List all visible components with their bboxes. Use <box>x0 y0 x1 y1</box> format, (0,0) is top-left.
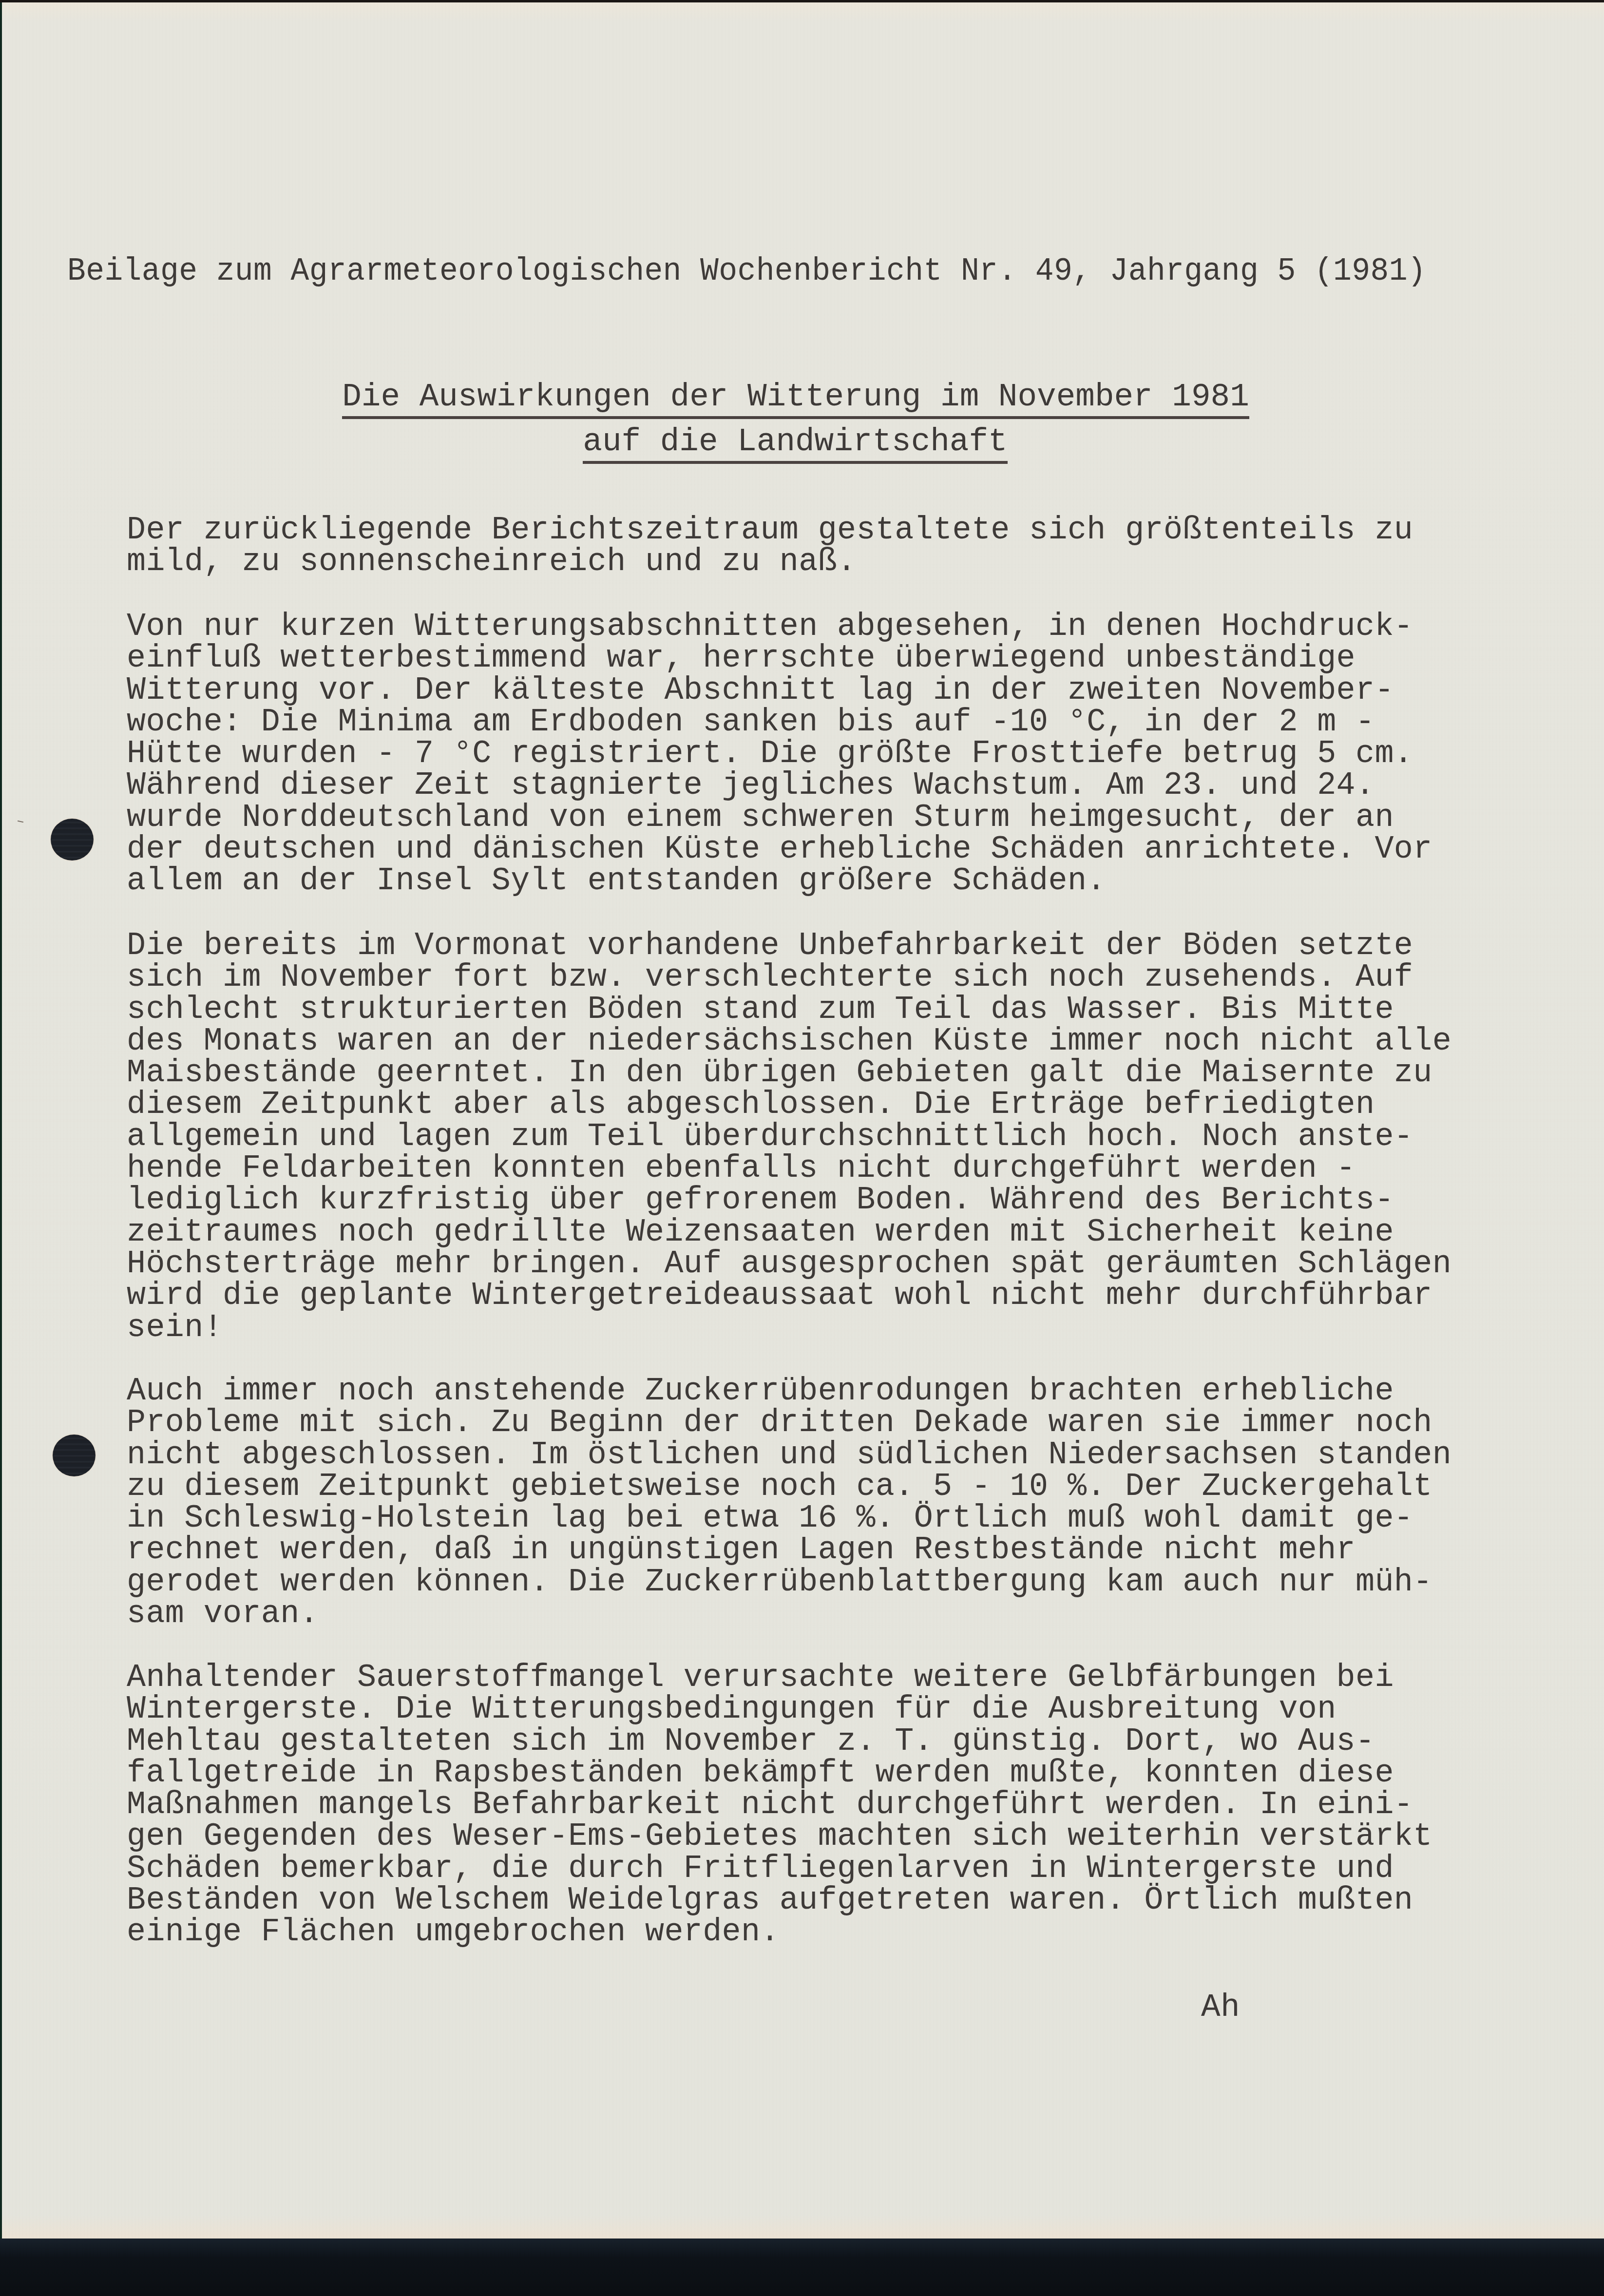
text-line: gen Gegenden des Weser-Ems-Gebietes mach… <box>127 1820 1432 1852</box>
text-line: sam voran. <box>127 1598 1451 1629</box>
text-line: fallgetreide in Rapsbeständen bekämpft w… <box>127 1757 1432 1789</box>
text-line: schlecht strukturierten Böden stand zum … <box>127 994 1451 1025</box>
text-line: allgemein und lagen zum Teil überdurchsc… <box>127 1121 1451 1152</box>
text-line: Die bereits im Vormonat vorhandene Unbef… <box>127 930 1451 961</box>
text-line: zeitraumes noch gedrillte Weizensaaten w… <box>127 1216 1451 1248</box>
punch-hole-icon <box>51 819 94 861</box>
text-line: Von nur kurzen Witterungsabschnitten abg… <box>127 611 1432 642</box>
text-line: nicht abgeschlossen. Im östlichen und sü… <box>127 1439 1451 1471</box>
document-title: Die Auswirkungen der Witterung im Novemb… <box>0 375 1604 464</box>
paragraph-2: Von nur kurzen Witterungsabschnitten abg… <box>127 611 1432 897</box>
text-line: der deutschen und dänischen Küste erhebl… <box>127 833 1432 865</box>
text-line: allem an der Insel Sylt entstanden größe… <box>127 865 1432 897</box>
text-line: hende Feldarbeiten konnten ebenfalls nic… <box>127 1152 1451 1184</box>
text-line: gerodet werden können. Die Zuckerrübenbl… <box>127 1566 1451 1598</box>
paragraph-3: Die bereits im Vormonat vorhandene Unbef… <box>127 930 1451 1343</box>
text-line: Höchsterträge mehr bringen. Auf ausgespr… <box>127 1248 1451 1280</box>
text-line: zu diesem Zeitpunkt gebietsweise noch ca… <box>127 1471 1451 1502</box>
text-line: rechnet werden, daß in ungünstigen Lagen… <box>127 1534 1451 1566</box>
text-line: diesem Zeitpunkt aber als abgeschlossen.… <box>127 1089 1451 1120</box>
text-line: Probleme mit sich. Zu Beginn der dritten… <box>127 1407 1451 1438</box>
text-line: einfluß wetterbestimmend war, herrschte … <box>127 642 1432 674</box>
text-line: Während dieser Zeit stagnierte jegliches… <box>127 769 1432 801</box>
text-line: Beständen von Welschem Weidelgras aufget… <box>127 1884 1432 1916</box>
text-line: in Schleswig-Holstein lag bei etwa 16 %.… <box>127 1502 1451 1534</box>
text-line: lediglich kurzfristig über gefrorenem Bo… <box>127 1184 1451 1216</box>
text-line: Mehltau gestalteten sich im November z. … <box>127 1725 1432 1757</box>
text-line: Wintergerste. Die Witterungsbedingungen … <box>127 1693 1432 1725</box>
text-line: Witterung vor. Der kälteste Abschnitt la… <box>127 674 1432 706</box>
scan-edge-bottom <box>0 2239 1604 2296</box>
text-line: mild, zu sonnenscheinreich und zu naß. <box>127 546 1413 577</box>
paragraph-5: Anhaltender Sauerstoffmangel verursachte… <box>127 1662 1432 1948</box>
title-line-1-text: Die Auswirkungen der Witterung im Novemb… <box>342 379 1249 419</box>
text-line: Auch immer noch anstehende Zuckerrübenro… <box>127 1375 1451 1407</box>
paragraph-4: Auch immer noch anstehende Zuckerrübenro… <box>127 1375 1451 1629</box>
text-line: Maisbestände geerntet. In den übrigen Ge… <box>127 1057 1451 1089</box>
text-line: wurde Norddeutschland von einem schweren… <box>127 802 1432 833</box>
title-line-2: auf die Landwirtschaft <box>0 420 1604 464</box>
text-line: einige Flächen umgebrochen werden. <box>127 1916 1432 1948</box>
supplement-header: Beilage zum Agrarmeteorologischen Wochen… <box>67 249 1426 293</box>
text-line: woche: Die Minima am Erdboden sanken bis… <box>127 706 1432 738</box>
text-line: Anhaltender Sauerstoffmangel verursachte… <box>127 1662 1432 1693</box>
title-line-1: Die Auswirkungen der Witterung im Novemb… <box>0 375 1604 419</box>
title-line-2-text: auf die Landwirtschaft <box>583 423 1007 464</box>
author-initials: Ah <box>1201 1988 1240 2027</box>
text-line: Schäden bemerkbar, die durch Fritfliegen… <box>127 1853 1432 1884</box>
text-line: des Monats waren an der niedersächsische… <box>127 1025 1451 1057</box>
punch-hole-icon <box>53 1435 95 1476</box>
text-line: sein! <box>127 1312 1451 1343</box>
text-line: Hütte wurden - 7 °C registriert. Die grö… <box>127 738 1432 769</box>
paragraph-1: Der zurückliegende Berichtszeitraum gest… <box>127 514 1413 578</box>
text-line: sich im November fort bzw. verschlechter… <box>127 961 1451 993</box>
text-line: Maßnahmen mangels Befahrbarkeit nicht du… <box>127 1789 1432 1820</box>
text-line: wird die geplante Wintergetreideaussaat … <box>127 1280 1451 1311</box>
text-line: Der zurückliegende Berichtszeitraum gest… <box>127 514 1413 546</box>
